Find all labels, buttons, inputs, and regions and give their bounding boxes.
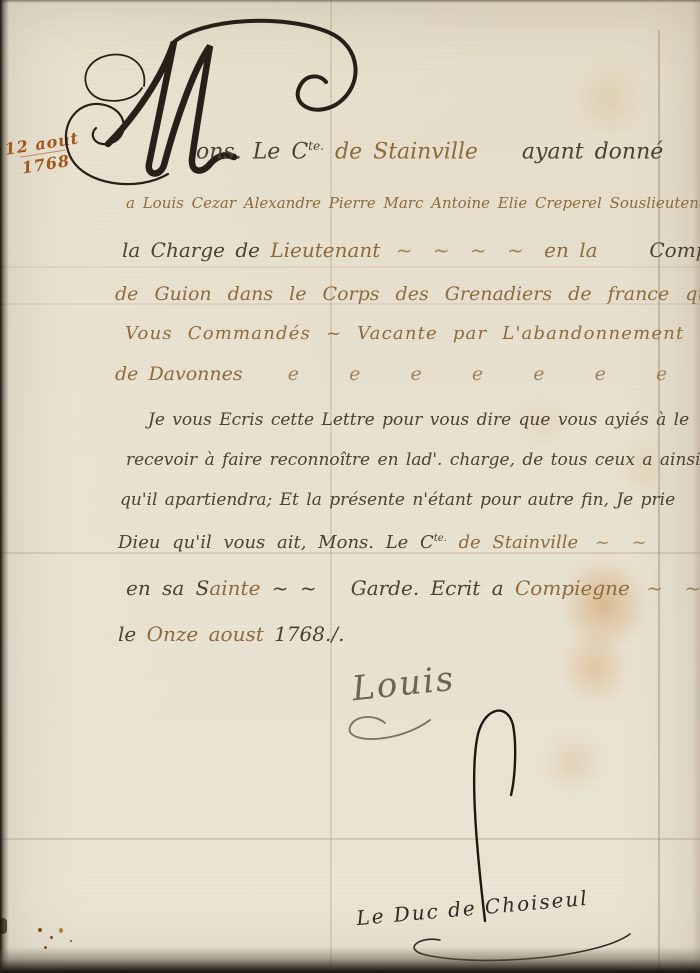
text-segment: Lieutenant bbox=[270, 238, 380, 262]
scan-edge-right bbox=[692, 0, 700, 973]
letter-line-12: le Onze aoust 1768./. bbox=[118, 624, 344, 645]
text-segment: Compiegne bbox=[515, 576, 630, 600]
text-segment: Garde. Ecrit a bbox=[351, 576, 515, 600]
text-segment: de Stainville bbox=[324, 139, 478, 164]
fold-crease-horizontal-4 bbox=[0, 838, 700, 840]
ink-spot bbox=[38, 928, 42, 932]
text-segment: dans le Corps des Grenadiers de france q… bbox=[212, 283, 700, 305]
letter-line-5: Vous Commandés ~ Vacante par L'abandonne… bbox=[125, 325, 684, 344]
letter-line-2: a Louis Cezar Alexandre Pierre Marc Anto… bbox=[126, 196, 700, 212]
letter-line-11: en sa Sainte ~ ~ Garde. Ecrit a Compiegn… bbox=[126, 578, 700, 599]
text-segment: a Louis Cezar Alexandre Pierre Marc Anto… bbox=[126, 194, 700, 212]
text-segment: Dieu qu'il vous ait, Mons. Le C bbox=[118, 532, 434, 553]
text-segment: ~ ~ ~ ~ bbox=[380, 238, 544, 262]
letter-line-4: de Guion dans le Corps des Grenadiers de… bbox=[115, 285, 700, 305]
letter-line-1: ons. Le Cte. de Stainville ayant donné bbox=[196, 140, 663, 163]
text-segment: en la bbox=[544, 238, 597, 262]
text-segment: Vous Commandés ~ Vacante par L'abandonne… bbox=[125, 323, 684, 344]
text-segment: ayant donné bbox=[522, 139, 663, 164]
text-segment: qu'il apartiendra; Et la présente n'étan… bbox=[120, 490, 675, 510]
text-segment: de Davonnes bbox=[115, 363, 243, 385]
letter-line-10: Dieu qu'il vous ait, Mons. Le Cte. de St… bbox=[118, 534, 652, 553]
text-segment: de Guion bbox=[115, 283, 212, 305]
text-segment: e e e e e e e bbox=[243, 363, 673, 385]
text-segment: Je vous Ecris cette Lettre pour vous dir… bbox=[148, 410, 689, 430]
royal-signature-flourish-icon bbox=[328, 712, 440, 750]
text-segment: en sa S bbox=[126, 576, 209, 600]
text-segment: Onze aoust bbox=[147, 622, 264, 646]
text-segment: ainte bbox=[209, 576, 260, 600]
text-segment: ~ ~ bbox=[578, 532, 652, 553]
scan-edge-top bbox=[0, 0, 700, 3]
scan-edge-left bbox=[0, 0, 9, 973]
letter-line-6: de Davonnes e e e e e e e bbox=[115, 365, 672, 385]
text-segment: de Stainville bbox=[447, 532, 578, 553]
ink-spot bbox=[50, 936, 53, 939]
text-segment: recevoir à faire reconnoître en lad'. ch… bbox=[126, 450, 700, 470]
letter-line-3: la Charge de Lieutenant ~ ~ ~ ~ en la Co… bbox=[122, 240, 700, 261]
fold-crease-horizontal-1 bbox=[0, 266, 700, 268]
text-segment: te. bbox=[308, 139, 324, 153]
text-segment bbox=[598, 238, 650, 262]
text-segment: te. bbox=[434, 533, 447, 544]
ink-spot bbox=[70, 940, 72, 942]
text-segment: le bbox=[118, 622, 147, 646]
text-segment: 1768./. bbox=[264, 622, 345, 646]
ink-spot bbox=[59, 928, 63, 933]
scanned-letter-page: 12 aout 1768 ons. Le Cte. de Stainville … bbox=[0, 0, 700, 973]
royal-signature: Louis bbox=[350, 659, 457, 710]
letter-line-9: qu'il apartiendra; Et la présente n'étan… bbox=[120, 492, 675, 510]
text-segment: ons. Le C bbox=[196, 139, 308, 164]
text-segment: ~ ~ bbox=[630, 576, 700, 600]
text-segment: ~ ~ bbox=[260, 576, 350, 600]
letter-line-8: recevoir à faire reconnoître en lad'. ch… bbox=[126, 452, 700, 470]
letter-line-7: Je vous Ecris cette Lettre pour vous dir… bbox=[148, 412, 689, 430]
text-segment bbox=[478, 139, 522, 164]
decorative-initial-m-icon bbox=[50, 26, 380, 194]
stain-top-right bbox=[573, 58, 645, 140]
stain-lower-right bbox=[542, 732, 604, 794]
text-segment: la Charge de bbox=[122, 238, 270, 262]
scan-edge-bottom bbox=[0, 947, 700, 973]
